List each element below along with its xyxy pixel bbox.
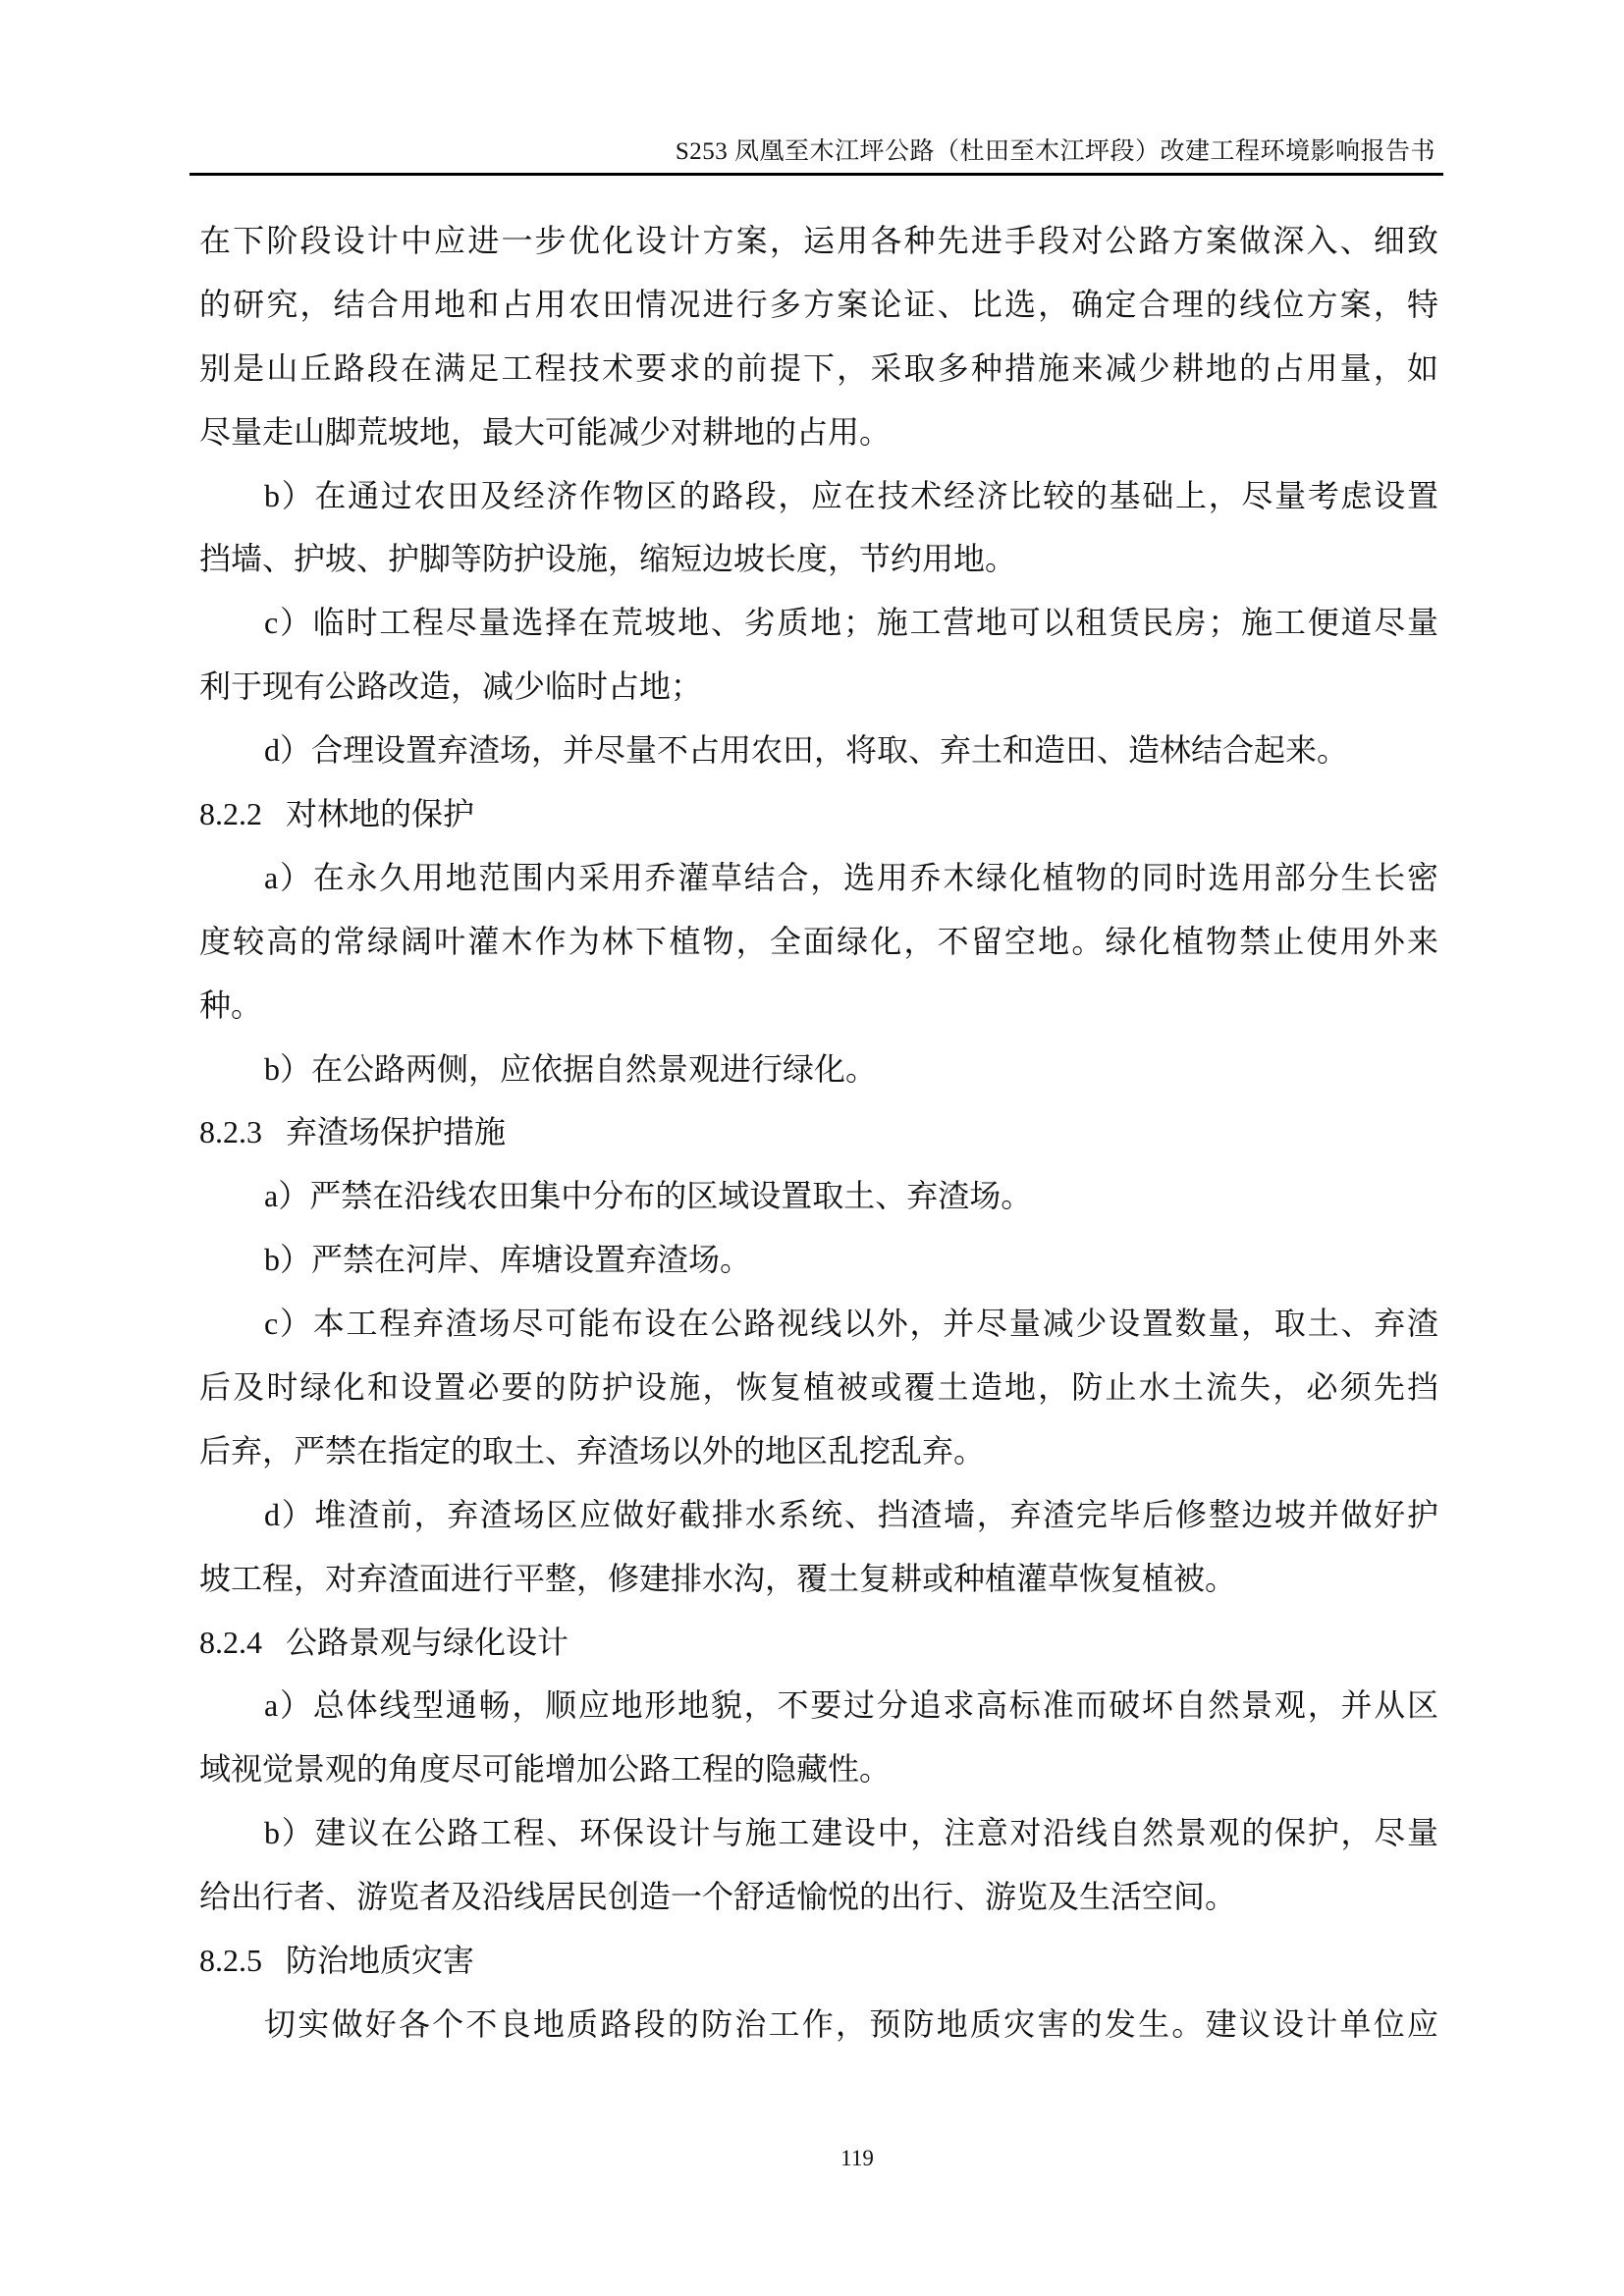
- paragraph-line: a）总体线型通畅，顺应地形地貌，不要过分追求高标准而破坏自然景观，并从区: [199, 1682, 1438, 1746]
- section-title: 公路景观与绿化设计: [286, 1625, 568, 1660]
- paragraph-line: a）严禁在沿线农田集中分布的区域设置取土、弃渣场。: [199, 1173, 1438, 1237]
- paragraph-line: 度较高的常绿阔叶灌木作为林下植物，全面绿化，不留空地。绿化植物禁止使用外来: [199, 919, 1438, 983]
- body-text: 在下阶段设计中应进一步优化设计方案，运用各种先进手段对公路方案做深入、细致的研究…: [199, 218, 1438, 2065]
- paragraph-line: b）在公路两侧，应依据自然景观进行绿化。: [199, 1046, 1438, 1110]
- paragraph-line: 给出行者、游览者及沿线居民创造一个舒适愉悦的出行、游览及生活空间。: [199, 1874, 1438, 1938]
- paragraph-line: 别是山丘路段在满足工程技术要求的前提下，采取多种措施来减少耕地的占用量，如: [199, 346, 1438, 409]
- page-number: 119: [0, 2146, 1624, 2171]
- paragraph-line: b）建议在公路工程、环保设计与施工建设中，注意对沿线自然景观的保护，尽量: [199, 1810, 1438, 1874]
- section-title: 对林地的保护: [286, 796, 474, 831]
- paragraph-line: b）严禁在河岸、库塘设置弃渣场。: [199, 1237, 1438, 1301]
- paragraph-line: d）合理设置弃渣场，并尽量不占用农田，将取、弃土和造田、造林结合起来。: [199, 727, 1438, 791]
- paragraph-line: 切实做好各个不良地质路段的防治工作，预防地质灾害的发生。建议设计单位应: [199, 2002, 1438, 2065]
- section-number: 8.2.2: [199, 791, 264, 836]
- paragraph-line: 在下阶段设计中应进一步优化设计方案，运用各种先进手段对公路方案做深入、细致: [199, 218, 1438, 282]
- section-number: 8.2.3: [199, 1109, 264, 1154]
- section-heading: 8.2.3弃渣场保护措施: [199, 1109, 1438, 1173]
- paragraph-line: 种。: [199, 983, 1438, 1046]
- section-heading: 8.2.5防治地质灾害: [199, 1938, 1438, 2002]
- document-page: S253 凤凰至木江坪公路（杜田至木江坪段）改建工程环境影响报告书 在下阶段设计…: [0, 0, 1624, 2296]
- paragraph-line: c）临时工程尽量选择在荒坡地、劣质地；施工营地可以租赁民房；施工便道尽量: [199, 600, 1438, 664]
- section-number: 8.2.4: [199, 1620, 264, 1665]
- section-heading: 8.2.2对林地的保护: [199, 791, 1438, 855]
- paragraph-line: d）堆渣前，弃渣场区应做好截排水系统、挡渣墙，弃渣完毕后修整边坡并做好护: [199, 1492, 1438, 1556]
- header-rule: [189, 173, 1443, 176]
- paragraph-line: 利于现有公路改造，减少临时占地；: [199, 664, 1438, 727]
- paragraph-line: a）在永久用地范围内采用乔灌草结合，选用乔木绿化植物的同时选用部分生长密: [199, 855, 1438, 919]
- paragraph-line: 尽量走山脚荒坡地，最大可能减少对耕地的占用。: [199, 409, 1438, 473]
- paragraph-line: 的研究，结合用地和占用农田情况进行多方案论证、比选，确定合理的线位方案，特: [199, 282, 1438, 346]
- section-title: 弃渣场保护措施: [286, 1114, 506, 1149]
- section-title: 防治地质灾害: [286, 1943, 474, 1978]
- running-header-title: S253 凤凰至木江坪公路（杜田至木江坪段）改建工程环境影响报告书: [676, 132, 1435, 167]
- paragraph-line: 后弃，严禁在指定的取土、弃渣场以外的地区乱挖乱弃。: [199, 1428, 1438, 1492]
- section-number: 8.2.5: [199, 1938, 264, 1983]
- paragraph-line: 后及时绿化和设置必要的防护设施，恢复植被或覆土造地，防止水土流失，必须先挡: [199, 1364, 1438, 1428]
- paragraph-line: 挡墙、护坡、护脚等防护设施，缩短边坡长度，节约用地。: [199, 536, 1438, 600]
- paragraph-line: 坡工程，对弃渣面进行平整，修建排水沟，覆土复耕或种植灌草恢复植被。: [199, 1556, 1438, 1620]
- section-heading: 8.2.4公路景观与绿化设计: [199, 1620, 1438, 1683]
- paragraph-line: b）在通过农田及经济作物区的路段，应在技术经济比较的基础上，尽量考虑设置: [199, 473, 1438, 537]
- paragraph-line: 域视觉景观的角度尽可能增加公路工程的隐藏性。: [199, 1746, 1438, 1810]
- paragraph-line: c）本工程弃渣场尽可能布设在公路视线以外，并尽量减少设置数量，取土、弃渣: [199, 1301, 1438, 1364]
